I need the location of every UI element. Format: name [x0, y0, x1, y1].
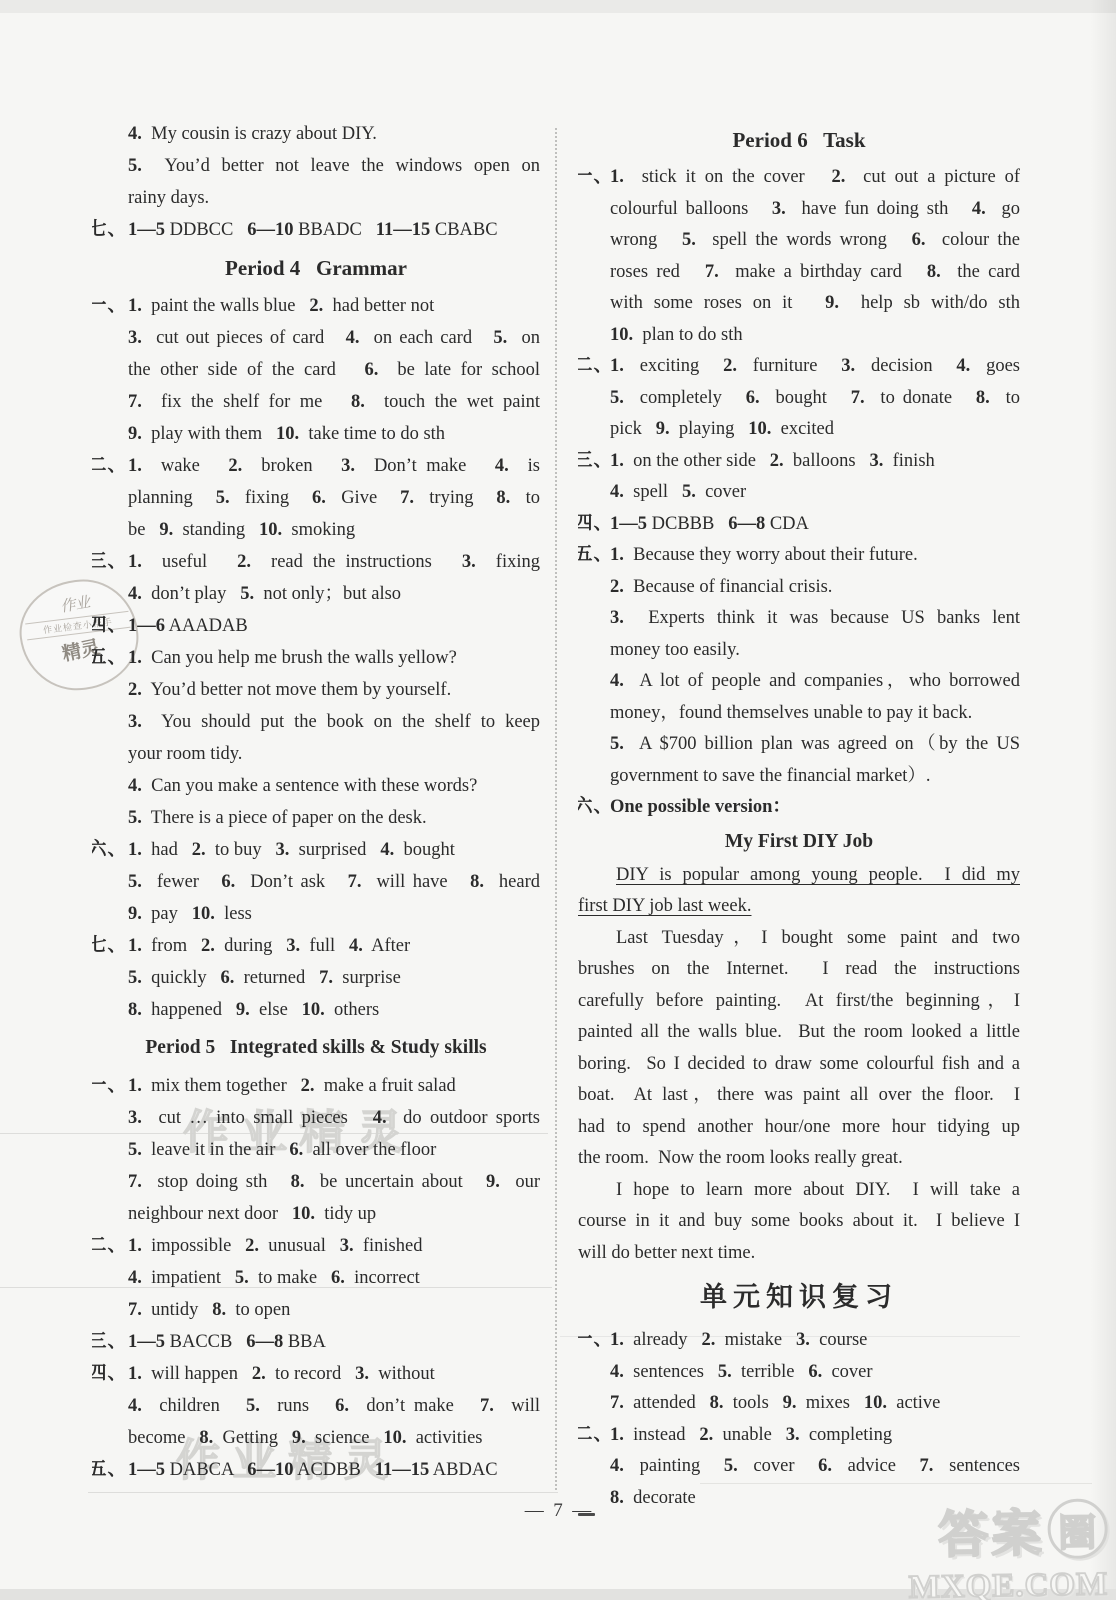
answer-line: 8. happened 9. else 10. others [92, 994, 540, 1026]
answer-text: advice [832, 1456, 920, 1476]
answer-text: do outdoor sports [387, 1108, 540, 1128]
answer-text: brushes on the Internet. I read the inst… [578, 959, 1020, 979]
answer-line: 一、1. stick it on the cover 2. cut out a … [578, 162, 1020, 194]
answer-text: I hope to learn more about DIY. I will t… [616, 1180, 1020, 1200]
item-number: 8. [710, 1393, 724, 1413]
answer-text: ACDBB [294, 1460, 375, 1480]
answer-text: DIY is popular among young people. I did… [616, 865, 1020, 885]
answer-line: planning 5. fixing 6. Give 7. trying 8. … [92, 482, 540, 514]
item-number: 1. [128, 840, 142, 860]
section-marker: 一、 [578, 1325, 613, 1357]
item-number: 1. [128, 1076, 142, 1096]
item-number: 4. [610, 1362, 624, 1382]
item-number: 4. [610, 671, 624, 691]
answer-text: read the instructions [251, 552, 462, 572]
answer-text: Don’t ask [235, 872, 347, 892]
answer-text: finish [883, 451, 934, 471]
item-number: 9. [236, 1000, 250, 1020]
answer-line: 二、1. exciting 2. furniture 3. decision 4… [578, 351, 1020, 383]
item-number: 10. [302, 1000, 325, 1020]
answer-line: 4. sentences 5. terrible 6. cover [578, 1357, 1020, 1389]
answer-text: course [810, 1330, 868, 1350]
answer-text: happened [142, 1000, 236, 1020]
section-marker: 二、 [578, 351, 613, 383]
item-number: 5. [682, 230, 696, 250]
answer-line: 9. play with them 10. take time to do st… [92, 418, 540, 450]
answer-text: mixes [797, 1393, 864, 1413]
item-number: 2. [128, 680, 142, 700]
answer-text: painting [624, 1456, 724, 1476]
item-number: 5. [128, 156, 142, 176]
item-number: 9. [159, 520, 173, 540]
answer-text: completely [624, 388, 746, 408]
item-number: 6. [808, 1362, 822, 1382]
answer-text: leave it in the air [142, 1140, 289, 1160]
answer-text: become [128, 1428, 199, 1448]
item-number: 4. [610, 1456, 624, 1476]
answer-line: 三、1—5 BACCB 6—8 BBA [92, 1326, 540, 1358]
answer-text: Last Tuesday，I bought some paint and two [616, 928, 1020, 948]
answer-line: 4. don’t play 5. not only；but also [92, 578, 540, 610]
item-number: 10. [610, 325, 633, 345]
answer-line: boat. At last，there was paint all over t… [578, 1080, 1020, 1112]
answer-text: during [215, 936, 286, 956]
section-heading: Period 6 Task [578, 118, 1020, 162]
answer-text: roses red [610, 262, 705, 282]
answer-line: Last Tuesday，I bought some paint and two [578, 923, 1020, 955]
answer-text: make a birthday card [719, 262, 927, 282]
answer-line: pick 9. playing 10. excited [578, 414, 1020, 446]
item-number: 6—8 [246, 1332, 283, 1352]
item-number: 4. [610, 482, 624, 502]
answer-text: to buy [206, 840, 276, 860]
answer-text: boat. At last，there was paint all over t… [578, 1085, 1020, 1105]
answer-line: 4. A lot of people and companies，who bor… [578, 666, 1020, 698]
answer-text: decision [855, 356, 956, 376]
answer-text: money，found themselves unable to pay it … [610, 703, 972, 723]
answer-line: 六、One possible version： [578, 792, 1020, 824]
answer-text: else [250, 1000, 302, 1020]
answer-text: DCBBB [647, 514, 728, 534]
item-number: 1—6 [128, 616, 165, 636]
answer-text: Can you make a sentence with these words… [142, 776, 477, 796]
item-number: 4. [972, 199, 986, 219]
answer-text: unusual [259, 1236, 340, 1256]
section-heading: My First DIY Job [578, 824, 1020, 860]
item-number: 2. [701, 1330, 715, 1350]
item-number: 1—5 [128, 1332, 165, 1352]
section-heading: Period 5 Integrated skills & Study skill… [92, 1026, 540, 1070]
answer-line: course in it and buy some books about it… [578, 1206, 1020, 1238]
answer-line: 二、1. instead 2. unable 3. completing [578, 1420, 1020, 1452]
item-number: 2. [610, 577, 624, 597]
answer-text: attended [624, 1393, 710, 1413]
answer-text: Because of financial crisis. [624, 577, 833, 597]
item-number: 6. [289, 1140, 303, 1160]
section-marker: 四、 [92, 1358, 127, 1390]
item-number: 5. [128, 968, 142, 988]
item-number: 4. [128, 1268, 142, 1288]
section-marker: 二、 [92, 1230, 127, 1262]
section-marker: 三、 [92, 1326, 127, 1358]
item-number: 9. [292, 1428, 306, 1448]
item-number: 4. [380, 840, 394, 860]
item-number: 5. [246, 1396, 260, 1416]
section-marker: 五、 [92, 1454, 127, 1486]
item-number: 9. [128, 424, 142, 444]
answer-line: 5. quickly 6. returned 7. surprise [92, 962, 540, 994]
item-number: 2. [228, 456, 242, 476]
answer-line: 七、1—5 DDBCC 6—10 BBADC 11—15 CBABC [92, 214, 540, 246]
answer-text: go [986, 199, 1020, 219]
answer-text: returned [234, 968, 319, 988]
answer-text: exciting [624, 356, 723, 376]
answer-text: less [215, 904, 252, 924]
answer-text: take time to do sth [299, 424, 445, 444]
answer-text: full [300, 936, 349, 956]
answer-text: the other side of the card [128, 360, 364, 380]
item-number: 3. [610, 608, 624, 628]
answer-line: 一、1. already 2. mistake 3. course [578, 1325, 1020, 1357]
item-number: 8. [470, 872, 484, 892]
answer-text: goes [970, 356, 1020, 376]
answer-text: quickly [142, 968, 221, 988]
item-number: 3. [128, 328, 142, 348]
answer-text: sentences [933, 1456, 1020, 1476]
brand-url-text: MXQE.COM [909, 1566, 1109, 1600]
answer-text: fixing [230, 488, 312, 508]
answer-text: don’t make [349, 1396, 480, 1416]
item-number: 5. [128, 1140, 142, 1160]
answer-text: children [142, 1396, 246, 1416]
item-number: 6. [221, 872, 235, 892]
answer-line: money，found themselves unable to pay it … [578, 698, 1020, 730]
item-number: 3. [341, 456, 355, 476]
answer-text: decorate [624, 1488, 696, 1508]
answer-text: After [363, 936, 410, 956]
answer-text: mistake [715, 1330, 796, 1350]
item-number: 4. [956, 356, 970, 376]
item-number: 9. [783, 1393, 797, 1413]
answer-text: neighbour next door [128, 1204, 292, 1224]
answer-line: 4. children 5. runs 6. don’t make 7. wil… [92, 1390, 540, 1422]
answer-text: don’t play [142, 584, 240, 604]
item-number: 11—15 [376, 220, 430, 240]
item-number: 3. [870, 451, 884, 471]
answer-text: all over the floor [303, 1140, 436, 1160]
item-number: 1. [128, 1364, 142, 1384]
item-number: 3. [128, 712, 142, 732]
answer-line: colourful balloons 3. have fun doing sth… [578, 194, 1020, 226]
section-marker: 五、 [578, 540, 613, 572]
answer-text: carefully before painting. At first/the … [578, 991, 1020, 1011]
answer-line: first DIY job last week. [578, 891, 1020, 923]
item-number: 4. [495, 456, 509, 476]
answer-line: carefully before painting. At first/the … [578, 986, 1020, 1018]
answer-text: sentences [624, 1362, 718, 1382]
answer-line: become 8. Getting 9. science 10. activit… [92, 1422, 540, 1454]
answer-line: 五、1—5 DABCA 6—10 ACDBB 11—15 ABDAC [92, 1454, 540, 1486]
answer-line: be 9. standing 10. smoking [92, 514, 540, 546]
answer-text: had [142, 840, 192, 860]
answer-text: to donate [865, 388, 976, 408]
item-number: 4. [128, 1396, 142, 1416]
item-number: 1—5 [128, 1460, 165, 1480]
item-number: 7. [610, 1393, 624, 1413]
answer-text: without [369, 1364, 435, 1384]
answer-text: first DIY job last week. [578, 896, 751, 916]
answer-text: painted all the walls blue. But the room… [578, 1022, 1020, 1042]
answer-text: to make [249, 1268, 331, 1288]
item-number: 5. [493, 328, 507, 348]
answer-text: government to save the financial market）… [610, 766, 931, 786]
item-number: 7. [128, 1172, 142, 1192]
answer-text: already [624, 1330, 702, 1350]
answer-text: planning [128, 488, 216, 508]
answer-text: wrong [610, 230, 682, 250]
item-number: 5. [682, 482, 696, 502]
answer-line: 5. fewer 6. Don’t ask 7. will have 8. he… [92, 866, 540, 898]
item-number: 10. [292, 1204, 315, 1224]
item-number: 7. [920, 1456, 934, 1476]
answer-line: 二、1. impossible 2. unusual 3. finished [92, 1230, 540, 1262]
item-number: 6—10 [247, 1460, 293, 1480]
answer-text: play with them [142, 424, 276, 444]
answer-line: will do better next time. [578, 1238, 1020, 1270]
column-divider [555, 128, 557, 1490]
item-number: 2. [770, 451, 784, 471]
item-number: 3. [786, 1425, 800, 1445]
scan-artifact-line [88, 1492, 558, 1493]
answer-text: You’d better not move them by yourself. [142, 680, 451, 700]
item-number: 1. [128, 552, 142, 572]
item-number: 2. [309, 296, 323, 316]
section-marker: 二、 [578, 1420, 613, 1452]
item-number: 8. [496, 488, 510, 508]
answer-text: excited [771, 419, 834, 439]
answer-line: 一、1. paint the walls blue 2. had better … [92, 290, 540, 322]
answer-text: had to spend another hour/one more hour … [578, 1117, 1020, 1137]
answer-text: surprised [289, 840, 380, 860]
item-number: 6—8 [728, 514, 765, 534]
item-number: 8. [291, 1172, 305, 1192]
answer-text: You should put the book on the shelf to … [142, 712, 540, 732]
answer-line: 四、1—6 AAADAB [92, 610, 540, 642]
answer-line: 3. Experts think it was because US banks… [578, 603, 1020, 635]
answer-text: runs [260, 1396, 335, 1416]
answer-text: incorrect [345, 1268, 420, 1288]
answer-text: to [510, 488, 540, 508]
section-marker: 四、 [578, 509, 613, 541]
answer-text: cover [738, 1456, 818, 1476]
answer-line: 2. Because of financial crisis. [578, 572, 1020, 604]
item-number: 3. [841, 356, 855, 376]
answer-text: terrible [732, 1362, 809, 1382]
answer-text: others [325, 1000, 379, 1020]
answer-text: completing [800, 1425, 892, 1445]
answer-line: government to save the financial market）… [578, 761, 1020, 793]
item-number: 7. [128, 392, 142, 412]
answer-text: broken [242, 456, 341, 476]
item-number: 3. [772, 199, 786, 219]
item-number: 3. [796, 1330, 810, 1350]
answer-text: Can you help me brush the walls yellow? [142, 648, 457, 668]
item-number: 5. [610, 734, 624, 754]
answer-line: 五、1. Can you help me brush the walls yel… [92, 642, 540, 674]
answer-text: with some roses on it [610, 293, 825, 313]
item-number: 4. [128, 584, 142, 604]
answer-line: 四、1. will happen 2. to record 3. without [92, 1358, 540, 1390]
item-number: 5. [610, 388, 624, 408]
answer-text: money too easily. [610, 640, 740, 660]
column-right: Period 6 Task一、1. stick it on the cover … [578, 0, 1020, 1514]
item-number: 4. [373, 1108, 387, 1128]
item-number: 7. [480, 1396, 494, 1416]
answer-text: cover [822, 1362, 872, 1382]
answer-line: roses red 7. make a birthday card 8. the… [578, 257, 1020, 289]
answer-text: impossible [142, 1236, 245, 1256]
answer-line: 9. pay 10. less [92, 898, 540, 930]
answer-line: 三、1. on the other side 2. balloons 3. fi… [578, 446, 1020, 478]
answer-text: Because they worry about their future. [624, 545, 918, 565]
item-number: 9. [486, 1172, 500, 1192]
answer-line: had to spend another hour/one more hour … [578, 1112, 1020, 1144]
answer-text: will [494, 1396, 540, 1416]
answer-text: to open [226, 1300, 290, 1320]
answer-line: 4. impatient 5. to make 6. incorrect [92, 1262, 540, 1294]
answer-line: 5. There is a piece of paper on the desk… [92, 802, 540, 834]
answer-text: plan to do sth [633, 325, 742, 345]
item-number: 2. [201, 936, 215, 956]
section-marker: 三、 [578, 446, 613, 478]
answer-line: 3. cut … into small pieces 4. do outdoor… [92, 1102, 540, 1134]
item-number: One possible version： [610, 797, 791, 817]
answer-text: BBADC [294, 220, 376, 240]
item-number: 6—10 [247, 220, 293, 240]
answer-text: on the other side [624, 451, 770, 471]
item-number: 2. [252, 1364, 266, 1384]
item-number: 7. [319, 968, 333, 988]
answer-text: have fun doing sth [786, 199, 972, 219]
answer-line: 3. You should put the book on the shelf … [92, 706, 540, 738]
item-number: 3. [275, 840, 289, 860]
item-number: 6. [312, 488, 326, 508]
answer-text: CDA [765, 514, 809, 534]
item-number: 5. [128, 872, 142, 892]
item-number: 9. [825, 293, 839, 313]
answer-line: boring. So I decided to draw some colour… [578, 1049, 1020, 1081]
answer-line: rainy days. [92, 182, 540, 214]
answer-line: 四、1—5 DCBBB 6—8 CDA [578, 509, 1020, 541]
section-heading: 单元知识复习 [578, 1269, 1020, 1325]
item-number: 6. [331, 1268, 345, 1288]
answer-text: impatient [142, 1268, 235, 1288]
answer-text: paint the walls blue [142, 296, 310, 316]
item-number: 2. [192, 840, 206, 860]
section-marker: 三、 [92, 546, 127, 578]
section-heading: Period 4 Grammar [92, 246, 540, 290]
item-number: 7. [348, 872, 362, 892]
answer-text: playing [670, 419, 749, 439]
answer-line: 5. A $700 billion plan was agreed on（by … [578, 729, 1020, 761]
section-marker: 一、 [578, 162, 613, 194]
answer-text: fixing [476, 552, 540, 572]
answer-text: unable [713, 1425, 785, 1445]
item-number: 4. [349, 936, 363, 956]
answer-text: bought [394, 840, 455, 860]
answer-text: spell the words wrong [696, 230, 912, 250]
item-number: 1—5 [128, 220, 165, 240]
item-number: 6. [221, 968, 235, 988]
answer-text: cut … into small pieces [142, 1108, 373, 1128]
item-number: 1. [128, 936, 142, 956]
item-number: 2. [245, 1236, 259, 1256]
answer-line: wrong 5. spell the words wrong 6. colour… [578, 225, 1020, 257]
answer-line: the room. Now the room looks really grea… [578, 1143, 1020, 1175]
brand-logo-circle-icon: 圈 [1047, 1498, 1108, 1559]
section-marker: 七、 [92, 214, 127, 246]
answer-text: stick it on the cover [624, 167, 832, 187]
answer-text: standing [173, 520, 259, 540]
answer-text: cover [696, 482, 746, 502]
answer-line: 3. cut out pieces of card 4. on each car… [92, 322, 540, 354]
answer-text: will do better next time. [578, 1243, 755, 1263]
answer-line: 7. untidy 8. to open [92, 1294, 540, 1326]
answer-text: AAADAB [165, 616, 248, 636]
answer-text: tidy up [315, 1204, 376, 1224]
answer-text: trying [414, 488, 496, 508]
answer-text: finished [354, 1236, 423, 1256]
item-number: 10. [748, 419, 771, 439]
answer-text: Experts think it was because US banks le… [624, 608, 1020, 628]
item-number: 10. [276, 424, 299, 444]
answer-line: I hope to learn more about DIY. I will t… [578, 1175, 1020, 1207]
item-number: 7. [400, 488, 414, 508]
answer-text: fix the shelf for me [142, 392, 351, 412]
item-number: 1. [128, 456, 142, 476]
answer-text: A lot of people and companies，who borrow… [624, 671, 1020, 691]
item-number: 3. [340, 1236, 354, 1256]
section-marker: 二、 [92, 450, 127, 482]
answer-text: useful [142, 552, 237, 572]
item-number: 5. [240, 584, 254, 604]
item-number: 8. [976, 388, 990, 408]
brand-logo: 答案 圈 [907, 1492, 1108, 1567]
item-number: 3. [355, 1364, 369, 1384]
answer-text: wake [142, 456, 229, 476]
item-number: 6. [818, 1456, 832, 1476]
answer-text: rainy days. [128, 188, 209, 208]
item-number: 9. [656, 419, 670, 439]
answer-text: science [306, 1428, 384, 1448]
item-number: 10. [192, 904, 215, 924]
answer-line: painted all the walls blue. But the room… [578, 1017, 1020, 1049]
answer-text: touch the wet paint [365, 392, 540, 412]
item-number: 10. [864, 1393, 887, 1413]
answer-text: Don’t make [355, 456, 495, 476]
answer-text: had better not [323, 296, 434, 316]
item-number: 3. [286, 936, 300, 956]
answer-line: 7. attended 8. tools 9. mixes 10. active [578, 1388, 1020, 1420]
item-number: 4. [346, 328, 360, 348]
answer-text: There is a piece of paper on the desk. [142, 808, 427, 828]
answer-text: colourful balloons [610, 199, 772, 219]
answer-text: CBABC [430, 220, 497, 240]
answer-text: bought [760, 388, 851, 408]
answer-text: to [990, 388, 1020, 408]
answer-text: will have [361, 872, 470, 892]
answer-line: 10. plan to do sth [578, 320, 1020, 352]
